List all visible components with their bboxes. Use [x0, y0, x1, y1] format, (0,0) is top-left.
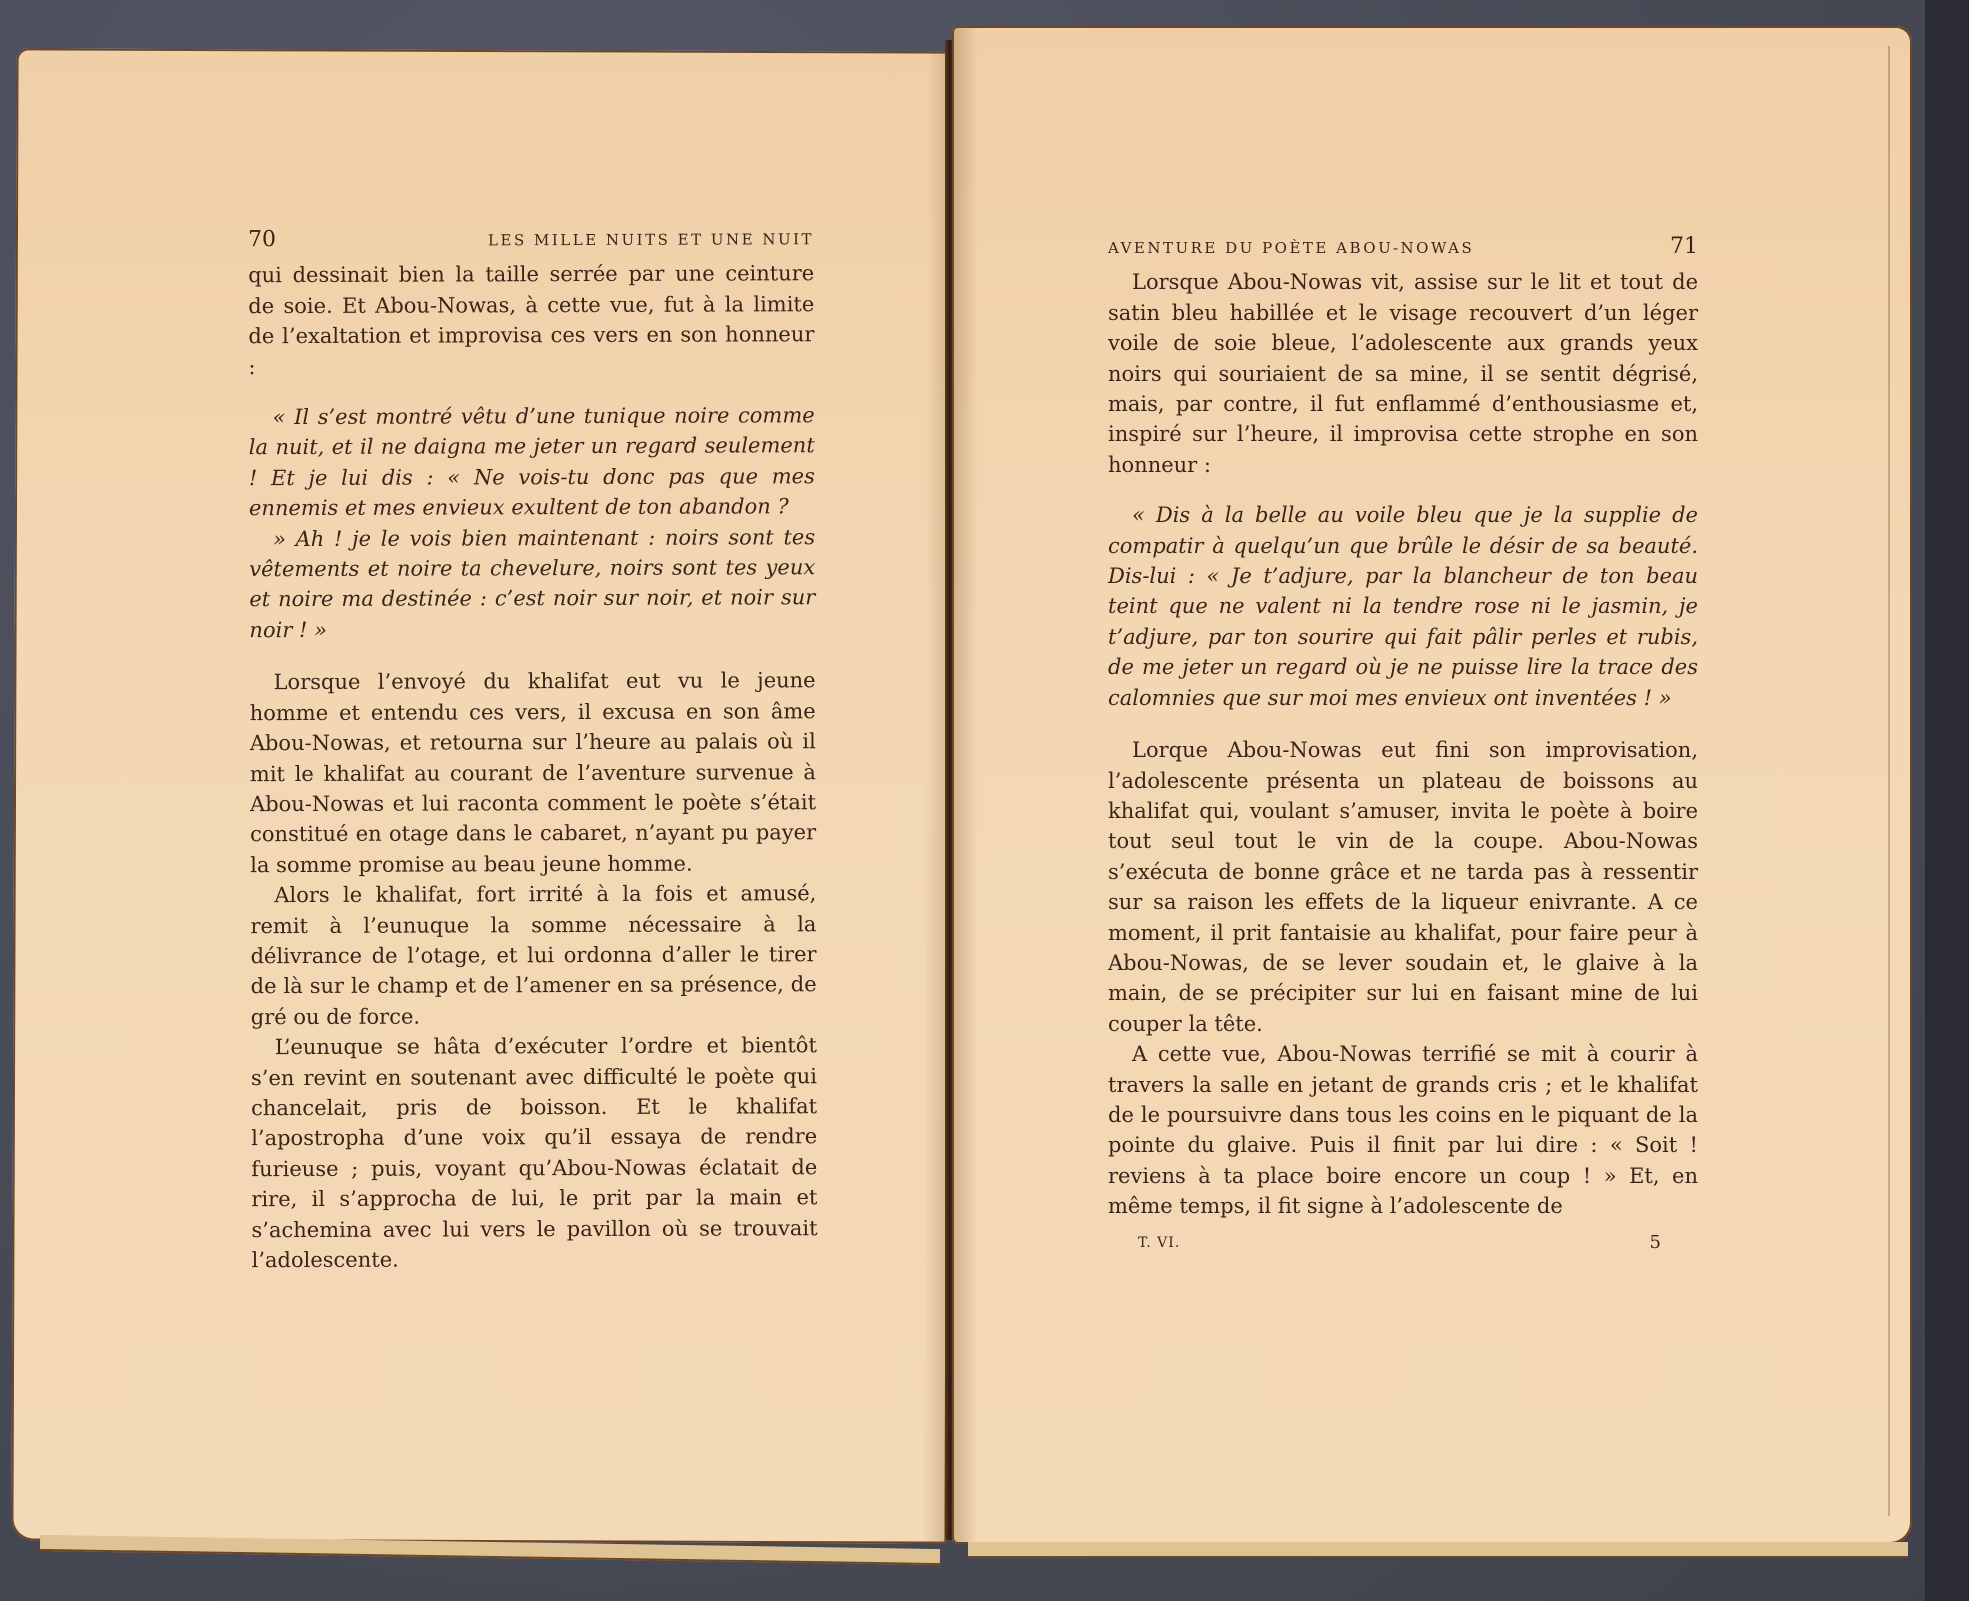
paragraph: A cette vue, Abou-Nowas terrifié se mit …	[1108, 1039, 1698, 1221]
signature-number: 5	[1650, 1228, 1662, 1258]
page-number: 70	[248, 225, 276, 256]
right-running-head: AVENTURE DU POÈTE ABOU-NOWAS 71	[1108, 232, 1698, 263]
verse-block: « Dis à la belle au voile bleu que je la…	[1108, 500, 1698, 713]
left-page: 70 LES MILLE NUITS ET UNE NUIT qui dessi…	[11, 48, 951, 1543]
right-page: AVENTURE DU POÈTE ABOU-NOWAS 71 Lorsque …	[952, 26, 1912, 1544]
paragraph: Lorque Abou-Nowas eut fini son improvisa…	[1108, 735, 1698, 1039]
paragraph: L’eunuque se hâta d’exécuter l’ordre et …	[251, 1030, 818, 1275]
right-page-bottom-edge	[968, 1542, 1908, 1558]
right-page-text: AVENTURE DU POÈTE ABOU-NOWAS 71 Lorsque …	[1108, 232, 1698, 1258]
left-running-head: 70 LES MILLE NUITS ET UNE NUIT	[248, 223, 814, 256]
running-head-title: AVENTURE DU POÈTE ABOU-NOWAS	[1108, 233, 1474, 263]
left-page-text: 70 LES MILLE NUITS ET UNE NUIT qui dessi…	[248, 223, 818, 1275]
verse-stanza: » Ah ! je le vois bien maintenant : noir…	[249, 522, 815, 646]
paragraph: Lorsque l’envoyé du khalifat eut vu le j…	[250, 665, 817, 880]
volume-mark: T. VI.	[1138, 1228, 1180, 1258]
paragraph: Lorsque Abou-Nowas vit, assise sur le li…	[1108, 267, 1698, 480]
verse-block: « Il s’est montré vêtu d’une tunique noi…	[249, 400, 816, 645]
verse-stanza: « Dis à la belle au voile bleu que je la…	[1108, 500, 1698, 713]
verse-stanza: « Il s’est montré vêtu d’une tunique noi…	[249, 400, 815, 524]
running-head-title: LES MILLE NUITS ET UNE NUIT	[488, 224, 814, 256]
paragraph: qui dessinait bien la taille serrée par …	[248, 259, 814, 383]
paragraph: Alors le khalifat, fort irrité à la fois…	[250, 878, 817, 1032]
page-number: 71	[1670, 232, 1698, 262]
printer-signature-mark: T. VI. 5	[1108, 1228, 1698, 1258]
background-shadow	[1925, 0, 1969, 1601]
